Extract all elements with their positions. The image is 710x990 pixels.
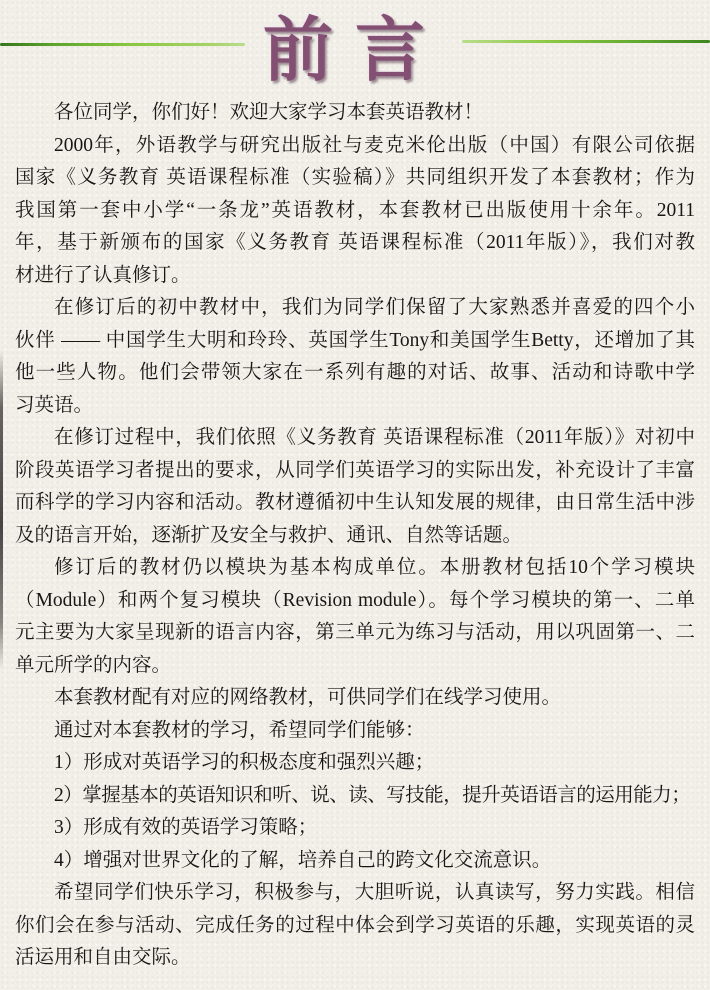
text-line: 修订后的教材仍以模块为基本构成单位。本册教材包括10个学习模块	[15, 552, 695, 585]
text-line: 通过对本套教材的学习，希望同学们能够：	[15, 715, 695, 748]
list-item-line: 1）形成对英语学习的积极态度和强烈兴趣；	[15, 747, 695, 780]
text-line: 习英语。	[15, 390, 695, 423]
text-line: 各位同学，你们好！欢迎大家学习本套英语教材！	[15, 97, 695, 130]
preface-page: 前言 各位同学，你们好！欢迎大家学习本套英语教材！ 2000年，外语教学与研究出…	[0, 0, 710, 990]
title-rule-right	[462, 40, 710, 43]
text-line: 在修订后的初中教材中，我们为同学们保留了大家熟悉并喜爱的四个小	[15, 292, 695, 325]
text-line: 你们会在参与活动、完成任务的过程中体会到学习英语的乐趣，实现英语的灵	[15, 910, 695, 943]
text-line: 及的语言开始，逐渐扩及安全与救护、通讯、自然等话题。	[15, 520, 695, 553]
text-line: 而科学的学习内容和活动。教材遵循初中生认知发展的规律，由日常生活中涉	[15, 487, 695, 520]
list-item-line: 4）增强对世界文化的了解，培养自己的跨文化交流意识。	[15, 845, 695, 878]
text-line: 伙伴 —— 中国学生大明和玲玲、英国学生Tony和美国学生Betty，还增加了其	[15, 325, 695, 358]
text-line: 活运用和自由交际。	[15, 942, 695, 975]
text-line: 在修订过程中，我们依照《义务教育 英语课程标准（2011年版）》对初中	[15, 422, 695, 455]
text-line: 阶段英语学习者提出的要求，从同学们英语学习的实际出发，补充设计了丰富	[15, 455, 695, 488]
title-band: 前言	[0, 0, 710, 100]
text-line: 希望同学们快乐学习，积极参与，大胆听说，认真读写，努力实践。相信	[15, 877, 695, 910]
text-line: 单元所学的内容。	[15, 650, 695, 683]
text-line: 元主要为大家呈现新的语言内容，第三单元为练习与活动，用以巩固第一、二	[15, 617, 695, 650]
text-line: 材进行了认真修订。	[15, 260, 695, 293]
text-line: 本套教材配有对应的网络教材，可供同学们在线学习使用。	[15, 682, 695, 715]
list-item-line: 2）掌握基本的英语知识和听、说、读、写技能，提升英语语言的运用能力；	[15, 780, 695, 813]
text-line: 他一些人物。他们会带领大家在一系列有趣的对话、故事、活动和诗歌中学	[15, 357, 695, 390]
text-line: 我国第一套中小学“一条龙”英语教材，本套教材已出版使用十余年。2011	[15, 195, 695, 228]
text-line: 国家《义务教育 英语课程标准（实验稿）》共同组织开发了本套教材；作为	[15, 162, 695, 195]
text-line: 2000年，外语教学与研究出版社与麦克米伦出版（中国）有限公司依据	[15, 130, 695, 163]
preface-body: 各位同学，你们好！欢迎大家学习本套英语教材！ 2000年，外语教学与研究出版社与…	[15, 97, 695, 975]
scan-edge-shadow	[0, 350, 3, 670]
list-item-line: 3）形成有效的英语学习策略；	[15, 812, 695, 845]
page-title: 前言	[0, 12, 710, 88]
text-line: 年，基于新颁布的国家《义务教育 英语课程标准（2011年版）》，我们对教	[15, 227, 695, 260]
text-line: （Module）和两个复习模块（Revision module）。每个学习模块的…	[15, 585, 695, 618]
